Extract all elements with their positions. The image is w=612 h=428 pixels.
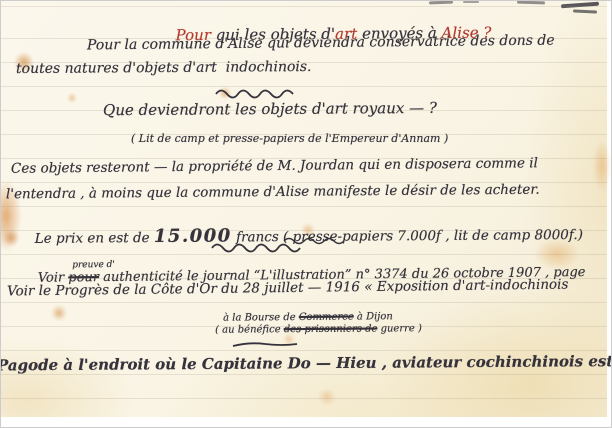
pagode-line: Pagode à l'endroit où le Capitaine Do — … (0, 353, 612, 374)
body-line-2: l'entendra , à moins que la commune d'Al… (6, 183, 540, 203)
fox-stain (593, 141, 611, 191)
note2-post: guerre ) (377, 323, 422, 334)
paren-note: ( Lit de camp et presse-papiers de l'Emp… (131, 133, 448, 145)
squiggle-divider (214, 87, 302, 99)
manuscript-card: Pour qui les objets d'art envoyés à Alis… (1, 1, 607, 417)
ink-smudge (561, 2, 599, 9)
fox-stain (51, 305, 67, 321)
margin-note-2: ( au bénéfice des prisonniers de guerre … (196, 312, 422, 347)
ink-smudge (517, 1, 545, 5)
price-text-pre: Le prix en est de (35, 230, 154, 247)
intro-line-2: toutes natures d'objets d'art indochinoi… (16, 60, 312, 77)
ink-smudge (573, 9, 597, 13)
struck-words-prisonniers: des prisonniers de (284, 324, 378, 336)
section-heading-royaux: Que deviendront les objets d'art royaux … (103, 100, 437, 119)
note2-pre: ( au bénéfice (215, 324, 284, 335)
body-line-1: Ces objets resteront — la propriété de M… (11, 156, 538, 176)
ink-smudge (429, 1, 453, 5)
fox-stain (67, 93, 77, 103)
squiggle-divider (210, 241, 302, 253)
fox-stain (317, 389, 337, 405)
scanned-manuscript-page: Pour qui les objets d'art envoyés à Alis… (0, 0, 612, 428)
short-divider-line (231, 341, 299, 349)
ink-smudge (463, 1, 479, 3)
inserted-word-preuve: preuve d' (72, 261, 115, 271)
